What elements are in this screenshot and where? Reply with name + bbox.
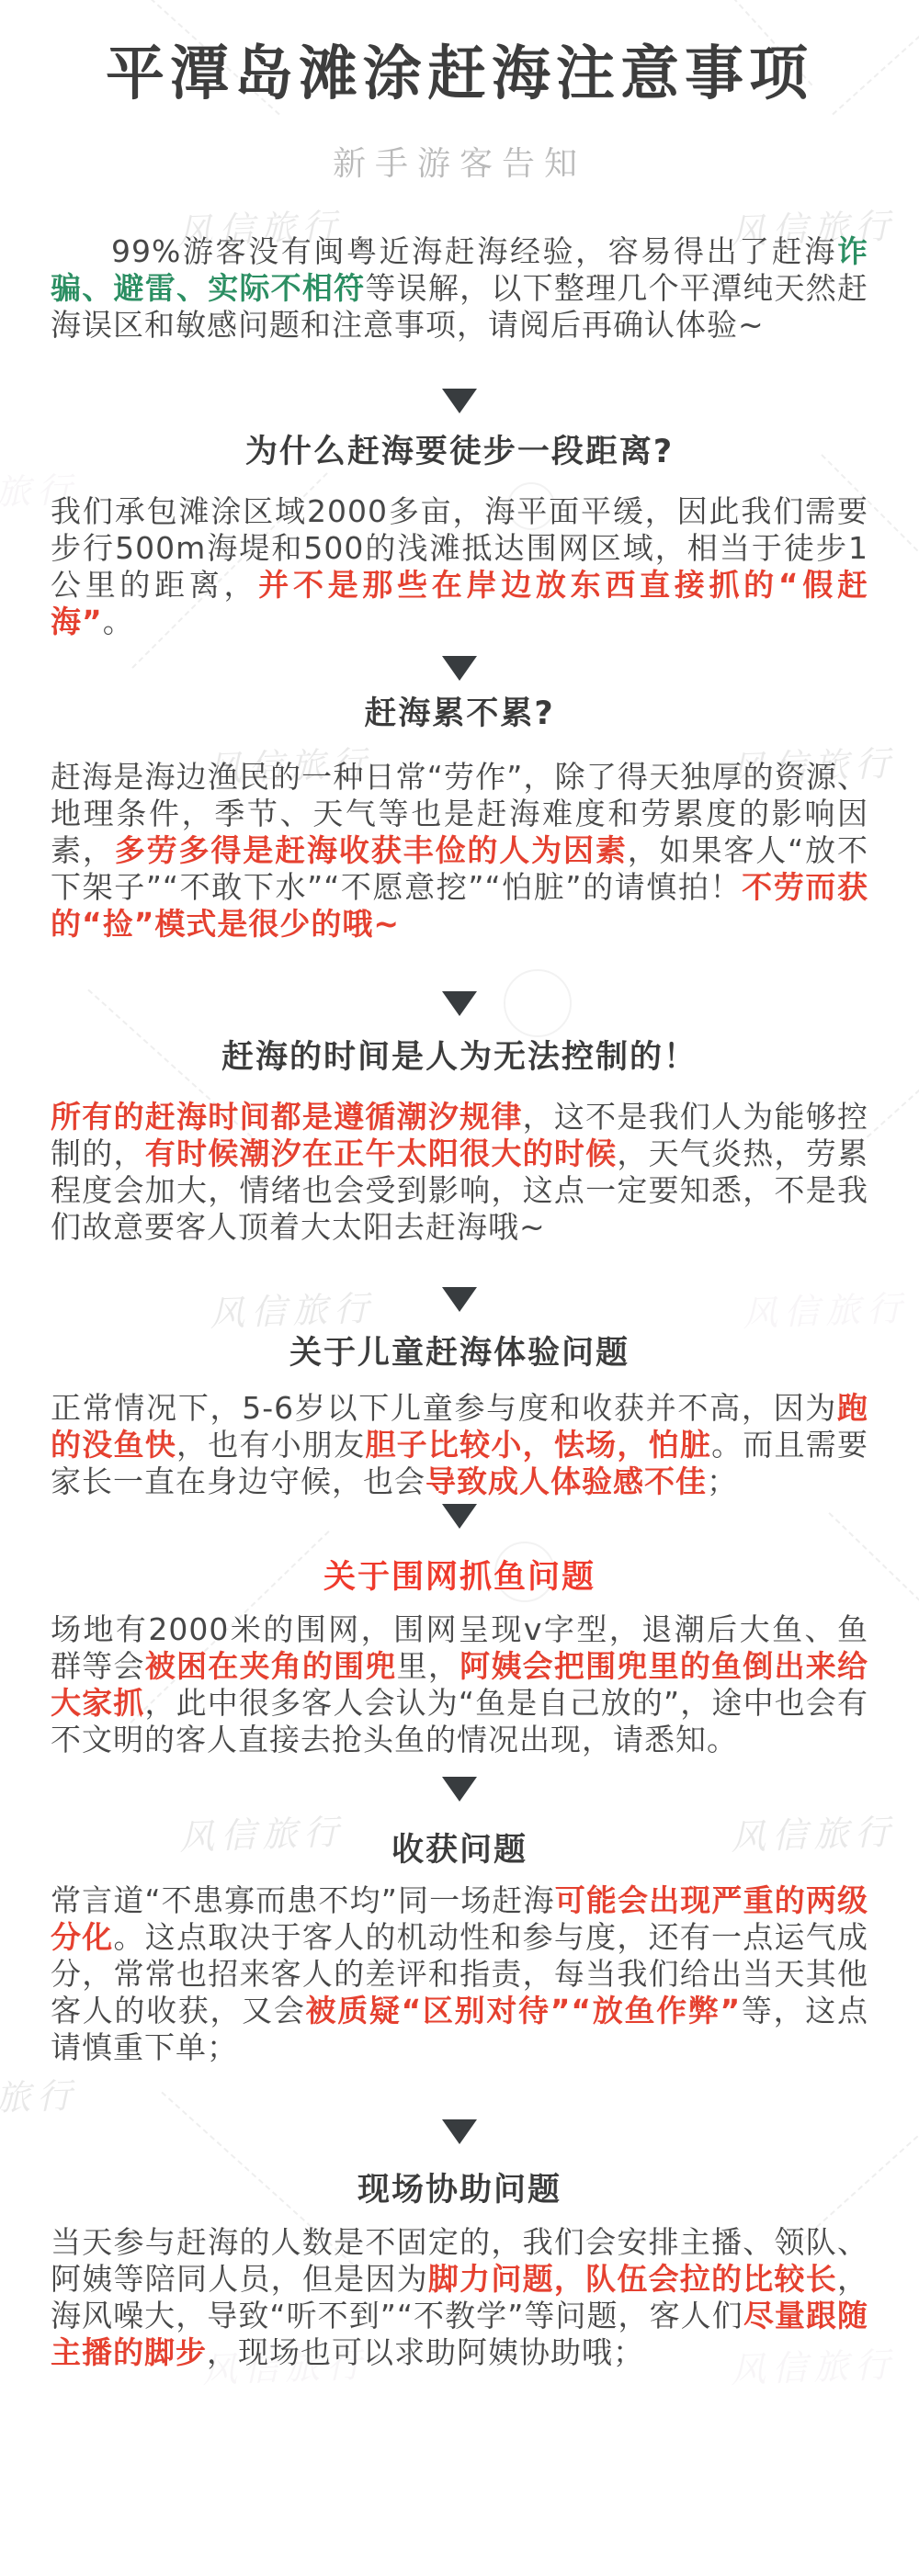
page-subtitle: 新手游客告知 bbox=[0, 147, 919, 182]
text-segment: ，此中很多客人会认为“鱼是自己放的”，途中也会有不文明的客人直接去抢头鱼的情况出… bbox=[51, 1685, 868, 1757]
sections-container: 为什么赶海要徒步一段距离?我们承包滩涂区域2000多亩，海平面平缓，因此我们需要… bbox=[0, 389, 919, 2371]
section-divider-triangle bbox=[442, 1287, 477, 1312]
text-segment: 正常情况下，5-6岁以下儿童参与度和收获并不高，因为 bbox=[51, 1390, 837, 1426]
section-heading: 现场协助问题 bbox=[0, 2172, 919, 2209]
highlight-red: 多劳多得是赶海收获丰俭的人为因素 bbox=[115, 832, 628, 868]
text-segment: ，也有小朋友 bbox=[176, 1427, 365, 1463]
text-segment: 。 bbox=[103, 604, 134, 639]
section-6: 收获问题常言道“不患寡而患不均”同一场赶海可能会出现严重的两级分化。这点取决于客… bbox=[0, 1777, 919, 2066]
highlight-red: 被质疑“区别对待”“放鱼作弊” bbox=[306, 1993, 742, 2028]
highlight-red: 有时候潮汐在正午太阳很大的时候 bbox=[145, 1135, 618, 1171]
section-paragraph: 赶海是海边渔民的一种日常“劳作”，除了得天独厚的资源、地理条件，季节、天气等也是… bbox=[51, 759, 868, 943]
text-segment: ； bbox=[707, 1463, 738, 1499]
highlight-red: 导致成人体验感不佳 bbox=[425, 1463, 707, 1499]
section-4: 关于儿童赶海体验问题正常情况下，5-6岁以下儿童参与度和收获并不高，因为跑的没鱼… bbox=[0, 1287, 919, 1500]
section-paragraph: 当天参与赶海的人数是不固定的，我们会安排主播、领队、阿姨等陪同人员，但是因为脚力… bbox=[51, 2224, 868, 2371]
section-1: 为什么赶海要徒步一段距离?我们承包滩涂区域2000多亩，海平面平缓，因此我们需要… bbox=[0, 389, 919, 640]
highlight-red: 脚力问题，队伍会拉的比较长 bbox=[428, 2261, 837, 2297]
text-segment: 常言道“不患寡而患不均”同一场赶海 bbox=[51, 1882, 555, 1918]
highlight-red: 所有的赶海时间都是遵循潮汐规律 bbox=[51, 1099, 523, 1135]
section-heading: 关于儿童赶海体验问题 bbox=[0, 1335, 919, 1372]
section-heading: 赶海累不累? bbox=[0, 695, 919, 732]
section-divider-triangle bbox=[442, 1504, 477, 1529]
section-paragraph: 所有的赶海时间都是遵循潮汐规律，这不是我们人为能够控制的，有时候潮汐在正午太阳很… bbox=[51, 1099, 868, 1246]
section-paragraph: 场地有2000米的围网，围网呈现v字型，退潮后大鱼、鱼群等会被困在夹角的围兜里，… bbox=[51, 1611, 868, 1758]
section-2: 赶海累不累?赶海是海边渔民的一种日常“劳作”，除了得天独厚的资源、地理条件，季节… bbox=[0, 656, 919, 943]
section-paragraph: 正常情况下，5-6岁以下儿童参与度和收获并不高，因为跑的没鱼快，也有小朋友胆子比… bbox=[51, 1390, 868, 1500]
section-paragraph: 常言道“不患寡而患不均”同一场赶海可能会出现严重的两级分化。这点取决于客人的机动… bbox=[51, 1882, 868, 2066]
text-segment: 里， bbox=[397, 1648, 459, 1684]
section-heading: 赶海的时间是人为无法控制的！ bbox=[0, 1039, 919, 1076]
section-heading: 关于围网抓鱼问题 bbox=[0, 1559, 919, 1596]
highlight-red: 被困在夹角的围兜 bbox=[145, 1648, 397, 1684]
section-divider-triangle bbox=[442, 1777, 477, 1802]
section-divider-triangle bbox=[442, 2119, 477, 2144]
section-heading: 为什么赶海要徒步一段距离? bbox=[0, 434, 919, 470]
text-segment: ，现场也可以求助阿姨协助哦； bbox=[207, 2334, 644, 2370]
intro-paragraph: 99%游客没有闽粤近海赶海经验，容易得出了赶海诈骗、避雷、实际不相符等误解，以下… bbox=[51, 233, 868, 344]
section-divider-triangle bbox=[442, 389, 477, 413]
poster-content: 平潭岛滩涂赶海注意事项 新手游客告知 99%游客没有闽粤近海赶海经验，容易得出了… bbox=[0, 0, 919, 2371]
section-paragraph: 我们承包滩涂区域2000多亩，海平面平缓，因此我们需要步行500m海堤和500的… bbox=[51, 493, 868, 640]
section-3: 赶海的时间是人为无法控制的！所有的赶海时间都是遵循潮汐规律，这不是我们人为能够控… bbox=[0, 991, 919, 1246]
section-divider-triangle bbox=[442, 991, 477, 1016]
section-7: 现场协助问题当天参与赶海的人数是不固定的，我们会安排主播、领队、阿姨等陪同人员，… bbox=[0, 2119, 919, 2371]
page-title: 平潭岛滩涂赶海注意事项 bbox=[0, 0, 919, 108]
section-5: 关于围网抓鱼问题场地有2000米的围网，围网呈现v字型，退潮后大鱼、鱼群等会被困… bbox=[0, 1504, 919, 1758]
poster: 风信旅行风信旅行风信旅行风信旅行风信旅行风信旅行风信旅行风信旅行风信旅行风信旅行… bbox=[0, 0, 919, 2576]
text-segment: 99%游客没有闽粤近海赶海经验，容易得出了赶海 bbox=[111, 233, 837, 269]
highlight-red: 胆子比较小，怯场，怕脏 bbox=[365, 1427, 711, 1463]
section-heading: 收获问题 bbox=[0, 1832, 919, 1869]
section-divider-triangle bbox=[442, 656, 477, 681]
